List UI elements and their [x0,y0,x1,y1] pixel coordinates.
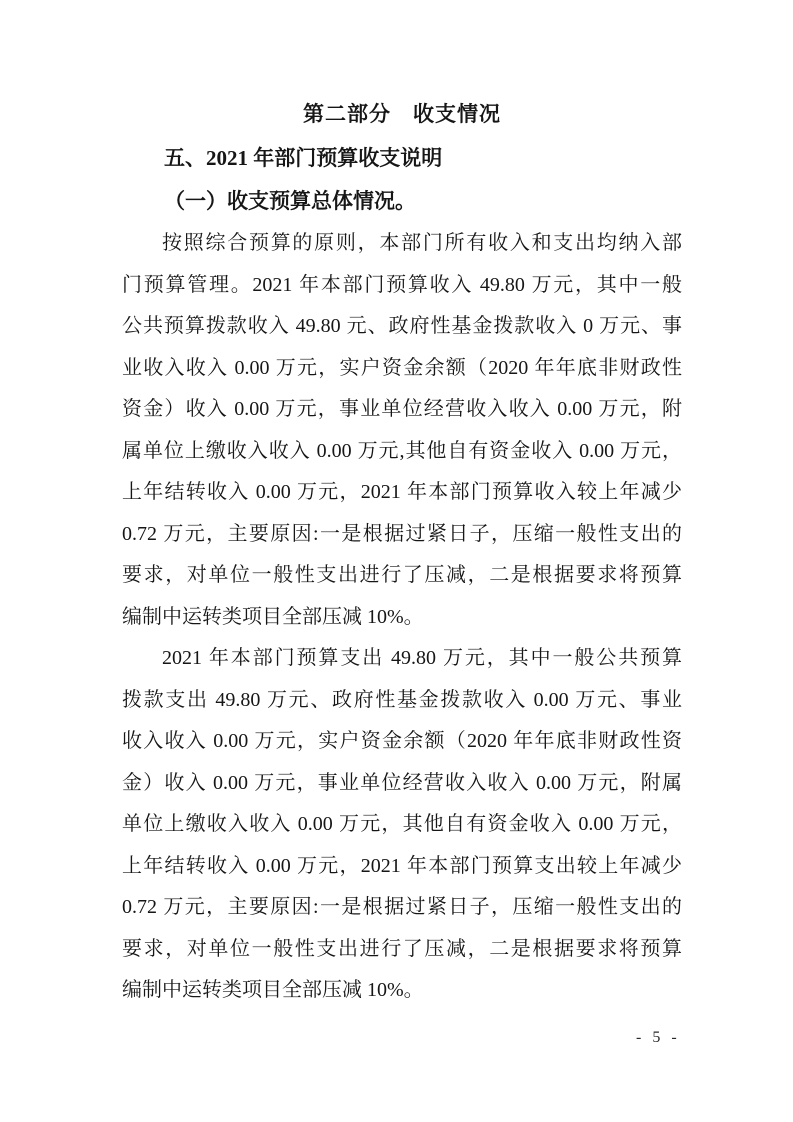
text-line: 上年结转收入 0.00 万元，2021 年本部门预算支出较上年减少 [122,846,682,888]
text-line: 拨款支出 49.80 万元、政府性基金拨款收入 0.00 万元、事业 [122,680,682,722]
text-line: 属单位上缴收入收入 0.00 万元,其他自有资金收入 0.00 万元， [122,431,682,473]
text-line: 金）收入 0.00 万元，事业单位经营收入收入 0.00 万元，附属 [122,763,682,805]
text-line: 按照综合预算的原则，本部门所有收入和支出均纳入部 [122,223,682,265]
text-line: 要求，对单位一般性支出进行了压减，二是根据要求将预算 [122,555,682,597]
text-line: 资金）收入 0.00 万元，事业单位经营收入收入 0.00 万元，附 [122,389,682,431]
text-line: 单位上缴收入收入 0.00 万元，其他自有资金收入 0.00 万元， [122,804,682,846]
text-line: 上年结转收入 0.00 万元，2021 年本部门预算收入较上年减少 [122,472,682,514]
subsection-heading: （一）收支预算总体情况。 [122,180,682,223]
document-content: 第二部分 收支情况 五、2021 年部门预算收支说明 （一）收支预算总体情况。 … [122,92,682,1012]
text-line: 业收入收入 0.00 万元，实户资金余额（2020 年年底非财政性 [122,348,682,390]
page-number: - 5 - [636,1026,679,1050]
text-line: 0.72 万元，主要原因:一是根据过紧日子，压缩一般性支出的 [122,887,682,929]
paragraph-income: 按照综合预算的原则，本部门所有收入和支出均纳入部门预算管理。2021 年本部门预… [122,223,682,638]
text-line: 公共预算拨款收入 49.80 元、政府性基金拨款收入 0 万元、事 [122,306,682,348]
paragraph-expenditure: 2021 年本部门预算支出 49.80 万元，其中一般公共预算拨款支出 49.8… [122,638,682,1012]
text-line: 编制中运转类项目全部压减 10%。 [122,970,682,1012]
text-line: 收入收入 0.00 万元，实户资金余额（2020 年年底非财政性资 [122,721,682,763]
text-line: 编制中运转类项目全部压减 10%。 [122,597,682,639]
section-heading: 五、2021 年部门预算收支说明 [122,137,682,180]
part-title: 第二部分 收支情况 [122,92,682,137]
text-line: 要求，对单位一般性支出进行了压减，二是根据要求将预算 [122,929,682,971]
text-line: 2021 年本部门预算支出 49.80 万元，其中一般公共预算 [122,638,682,680]
document-page: 第二部分 收支情况 五、2021 年部门预算收支说明 （一）收支预算总体情况。 … [0,0,793,1122]
text-line: 0.72 万元，主要原因:一是根据过紧日子，压缩一般性支出的 [122,514,682,556]
text-line: 门预算管理。2021 年本部门预算收入 49.80 万元，其中一般 [122,265,682,307]
